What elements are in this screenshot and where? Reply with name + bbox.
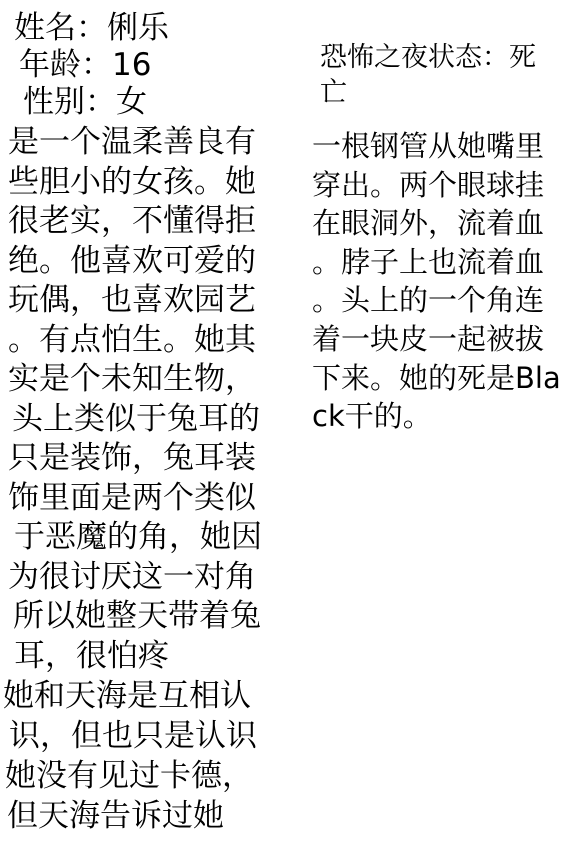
profile-fields: 姓名：俐乐年龄：16性别：女 bbox=[8, 10, 296, 121]
bio-paragraph: 是一个温柔善良有些胆小的女孩。她很老实，不懂得拒绝。他喜欢可爱的玩偶，也喜欢园艺… bbox=[8, 123, 296, 676]
bio-line: 实是个未知生物， bbox=[8, 360, 296, 400]
death-description-line: 在眼洞外，流着血 bbox=[312, 204, 576, 243]
death-description-line: 着一块皮一起被拔 bbox=[312, 320, 576, 359]
profile-field-line: 性别：女 bbox=[8, 84, 296, 121]
death-description-line: 。脖子上也流着血 bbox=[312, 243, 576, 282]
death-description-line: 下来。她的死是Bla bbox=[312, 359, 576, 398]
death-description-line: 。头上的一个角连 bbox=[312, 281, 576, 320]
bio-line: 些胆小的女孩。她 bbox=[8, 163, 296, 203]
profile-field-line: 年龄：16 bbox=[8, 47, 296, 84]
bio-line: 玩偶，也喜欢园艺 bbox=[8, 281, 296, 321]
relation-line: 她没有见过卡德， bbox=[3, 756, 296, 796]
death-description: 一根钢管从她嘴里穿出。两个眼球挂在眼洞外，流着血。脖子上也流着血。头上的一个角连… bbox=[312, 127, 576, 436]
relation-line: 她和天海是互相认 bbox=[3, 676, 296, 716]
bio-line: 是一个温柔善良有 bbox=[8, 123, 296, 163]
bio-line: 饰里面是两个类似 bbox=[8, 479, 296, 519]
relation-line: 识，但也只是认识 bbox=[3, 716, 296, 756]
bio-line: 为很讨厌这一对角 bbox=[8, 558, 296, 598]
status-title-line: 亡 bbox=[320, 75, 576, 110]
relation-paragraph: 她和天海是互相认识，但也只是认识她没有见过卡德，但天海告诉过她 bbox=[3, 676, 296, 836]
death-description-line: 一根钢管从她嘴里 bbox=[312, 127, 576, 166]
death-description-line: ck干的。 bbox=[312, 397, 576, 436]
relation-line: 但天海告诉过她 bbox=[3, 796, 296, 836]
profile-column: 姓名：俐乐年龄：16性别：女 是一个温柔善良有些胆小的女孩。她很老实，不懂得拒绝… bbox=[8, 10, 296, 836]
bio-line: 只是装饰，兔耳装 bbox=[8, 439, 296, 479]
status-column: 恐怖之夜状态：死亡 一根钢管从她嘴里穿出。两个眼球挂在眼洞外，流着血。脖子上也流… bbox=[312, 40, 576, 436]
bio-line: 头上类似于兔耳的 bbox=[8, 400, 296, 440]
document-page: 姓名：俐乐年龄：16性别：女 是一个温柔善良有些胆小的女孩。她很老实，不懂得拒绝… bbox=[0, 0, 582, 849]
bio-line: 耳，很怕疼 bbox=[8, 637, 296, 677]
status-title-line: 恐怖之夜状态：死 bbox=[320, 40, 576, 75]
bio-line: 于恶魔的角，她因 bbox=[8, 518, 296, 558]
horror-night-status-title: 恐怖之夜状态：死亡 bbox=[312, 40, 576, 110]
profile-field-line: 姓名：俐乐 bbox=[8, 10, 296, 47]
bio-line: 绝。他喜欢可爱的 bbox=[8, 242, 296, 282]
bio-line: 。有点怕生。她其 bbox=[8, 321, 296, 361]
bio-line: 所以她整天带着兔 bbox=[8, 597, 296, 637]
death-description-line: 穿出。两个眼球挂 bbox=[312, 166, 576, 205]
bio-line: 很老实，不懂得拒 bbox=[8, 202, 296, 242]
